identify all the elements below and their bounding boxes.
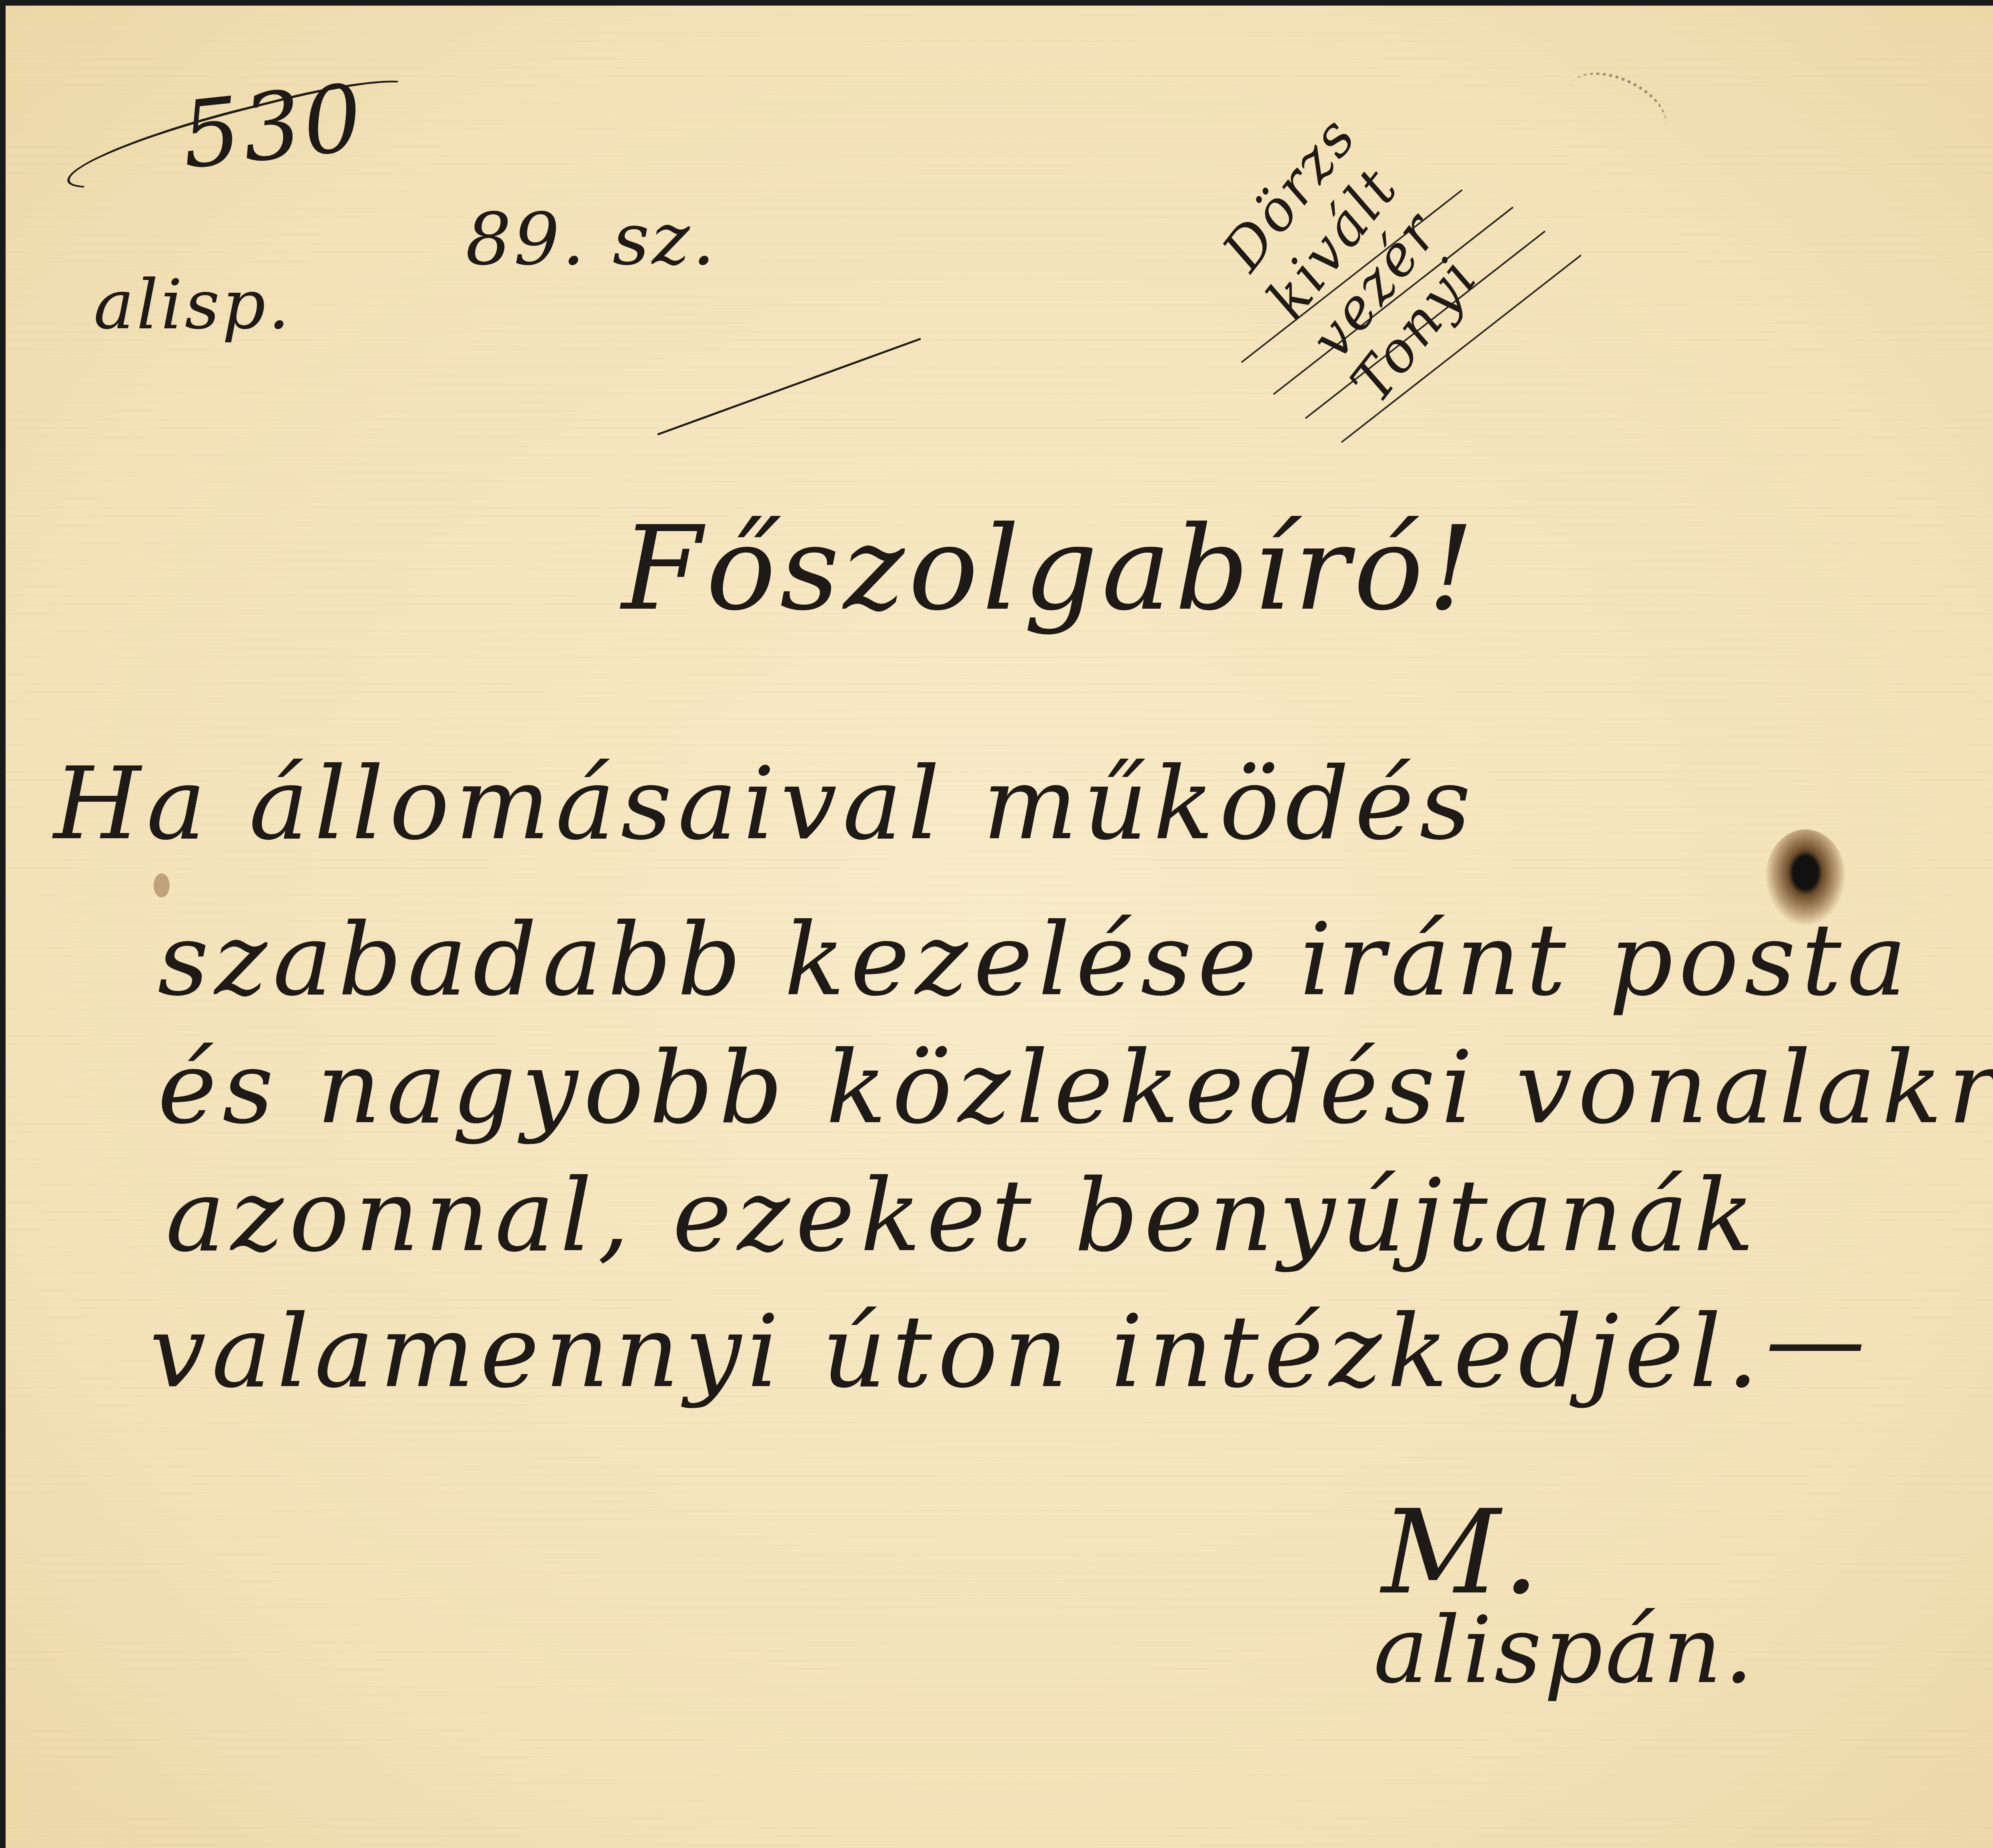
body-line: szabadabb kezelése iránt posta	[158, 901, 1912, 1018]
body-line: és nagyobb közlekedési vonalakra	[158, 1029, 1993, 1146]
salutation: Főszolgabíró!	[622, 501, 1478, 636]
closing-dash: —	[1765, 1281, 1868, 1398]
margin-note: Dörzs kivált vezér Tonyi	[1225, 138, 1585, 418]
body-line: azonnal, ezeket benyújtanák	[166, 1157, 1760, 1274]
reference-subnumber: 89. sz.	[466, 198, 718, 281]
salutation-flourish	[657, 338, 921, 436]
ink-blot	[1765, 829, 1845, 925]
paper-sheet: 530 89. sz. alisp. Dörzs kivált vezér To…	[6, 6, 1993, 1848]
signature-title: alispán.	[1373, 1597, 1756, 1704]
body-line: Ha állomásaival működés	[54, 745, 1476, 862]
body-line: valamennyi úton intézkedjél.	[150, 1293, 1764, 1410]
paper-stain	[154, 873, 170, 897]
reference-office: alisp.	[94, 266, 292, 345]
